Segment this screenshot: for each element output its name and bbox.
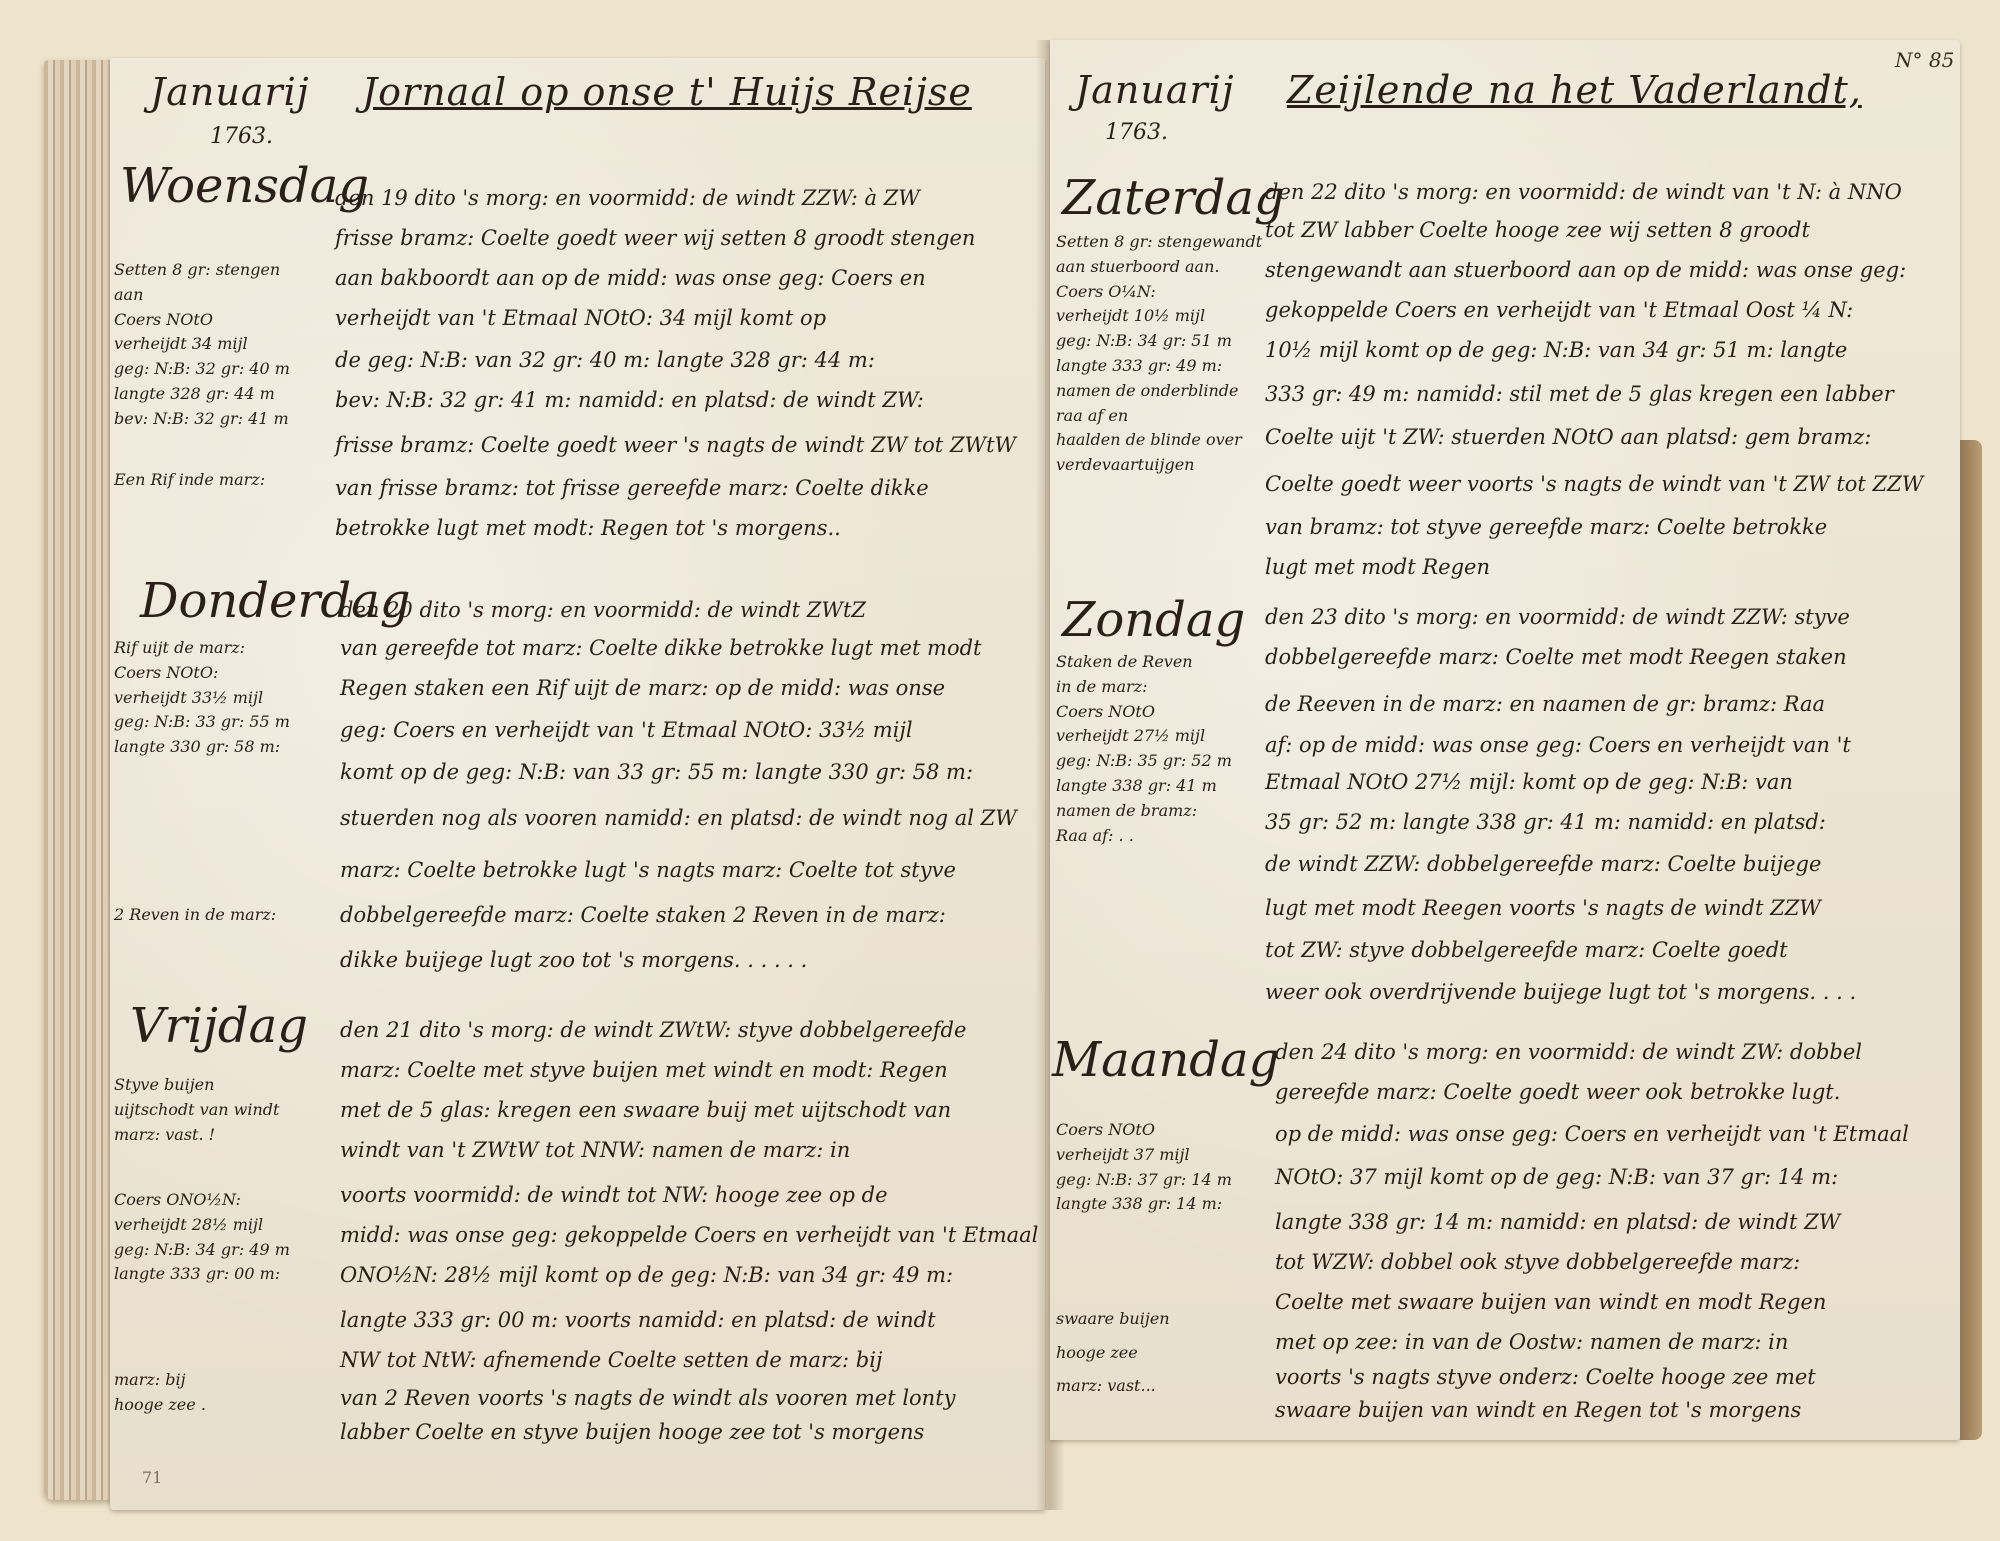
log-line: marz: Coelte betrokke lugt 's nagts marz…	[340, 858, 956, 882]
log-line: lugt met modt Regen	[1265, 555, 1490, 579]
margin-note: Coers O¼N:	[1056, 280, 1262, 305]
day-heading-zaterdag: Zaterdag	[1062, 170, 1285, 226]
margin-note: verheijdt 34 mijl	[114, 332, 290, 357]
margin-note: haalden de blinde over	[1056, 428, 1262, 453]
margin-note: swaare buijen	[1056, 1302, 1170, 1336]
log-line: stuerden nog als vooren namidd: en plats…	[340, 806, 1017, 830]
margin-note: aan	[114, 283, 290, 308]
margin-note: 2 Reven in de marz:	[114, 903, 276, 928]
log-line: windt van 't ZWtW tot NNW: namen de marz…	[340, 1138, 850, 1162]
margin-note: Styve buijen	[114, 1073, 279, 1098]
log-line: 333 gr: 49 m: namidd: stil met de 5 glas…	[1265, 382, 1894, 406]
log-line: de Reeven in de marz: en naamen de gr: b…	[1265, 692, 1825, 716]
margin-notes-donderdag: Rif uijt de marz: Coers NOtO: verheijdt …	[114, 636, 290, 760]
log-line: Coelte uijt 't ZW: stuerden NOtO aan pla…	[1265, 425, 1871, 449]
day-heading-woensdag: Woensdag	[120, 158, 369, 214]
log-line: den 24 dito 's morg: en voormidd: de win…	[1275, 1040, 1862, 1064]
margin-note: langte 330 gr: 58 m:	[114, 735, 290, 760]
log-line: gekoppelde Coers en verheijdt van 't Etm…	[1265, 298, 1853, 322]
margin-note: in de marz:	[1056, 675, 1232, 700]
log-line: lugt met modt Reegen voorts 's nagts de …	[1265, 896, 1821, 920]
log-line: dobbelgereefde marz: Coelte met modt Ree…	[1265, 645, 1847, 669]
margin-note: marz: vast. !	[114, 1123, 279, 1148]
log-line: komt op de geg: N:B: van 33 gr: 55 m: la…	[340, 760, 973, 784]
margin-note: verheijdt 37 mijl	[1056, 1143, 1232, 1168]
log-line: betrokke lugt met modt: Regen tot 's mor…	[335, 516, 841, 540]
header-year: 1763.	[210, 124, 273, 149]
log-line: midd: was onse geg: gekoppelde Coers en …	[340, 1223, 1038, 1247]
margin-note: Coers NOtO:	[114, 661, 290, 686]
log-line: NOtO: 37 mijl komt op de geg: N:B: van 3…	[1275, 1165, 1838, 1189]
log-line: frisse bramz: Coelte goedt weer 's nagts…	[335, 433, 1016, 457]
log-line: af: op de midd: was onse geg: Coers en v…	[1265, 733, 1851, 757]
log-line: voorts 's nagts styve onderz: Coelte hoo…	[1275, 1365, 1816, 1389]
margin-note: verheijdt 27½ mijl	[1056, 724, 1232, 749]
log-line: weer ook overdrijvende buijege lugt tot …	[1265, 980, 1856, 1004]
margin-notes-woensdag: Setten 8 gr: stengen aan Coers NOtO verh…	[114, 258, 290, 432]
folio-number: N° 85	[1895, 48, 1954, 72]
day-heading-zondag: Zondag	[1062, 592, 1245, 648]
torn-page-edge	[1960, 440, 1982, 1440]
log-line: langte 333 gr: 00 m: voorts namidd: en p…	[340, 1308, 936, 1332]
margin-note: geg: N:B: 34 gr: 49 m	[114, 1238, 290, 1263]
margin-notes-vrijdag: Styve buijen uijtschodt van windt marz: …	[114, 1073, 279, 1147]
log-line: gereefde marz: Coelte goedt weer ook bet…	[1275, 1080, 1840, 1104]
margin-notes-vrijdag-end: marz: bij hooge zee .	[114, 1368, 206, 1418]
right-page: Januarij Zeijlende na het Vaderlandt, 17…	[1050, 40, 1960, 1440]
margin-note: hooge zee .	[114, 1393, 206, 1418]
log-line: den 19 dito 's morg: en voormidd: de win…	[335, 186, 920, 210]
header-year: 1763.	[1105, 120, 1168, 145]
margin-note: marz: vast...	[1056, 1369, 1170, 1403]
margin-notes-maandag-end: swaare buijen hooge zee marz: vast...	[1056, 1302, 1170, 1403]
right-page-header: Januarij Zeijlende na het Vaderlandt,	[1075, 68, 1862, 112]
header-month: Januarij	[1075, 68, 1235, 112]
log-line: aan bakboordt aan op de midd: was onse g…	[335, 266, 926, 290]
log-line: met de 5 glas: kregen een swaare buij me…	[340, 1098, 951, 1122]
margin-note: geg: N:B: 37 gr: 14 m	[1056, 1168, 1232, 1193]
margin-note: namen de onderblinde	[1056, 379, 1262, 404]
margin-note: hooge zee	[1056, 1336, 1170, 1370]
log-line: voorts voormidd: de windt tot NW: hooge …	[340, 1183, 888, 1207]
log-line: NW tot NtW: afnemende Coelte setten de m…	[340, 1348, 882, 1372]
log-line: Etmaal NOtO 27½ mijl: komt op de geg: N:…	[1265, 770, 1793, 794]
margin-notes-zaterdag: Setten 8 gr: stengewandt aan stuerboord …	[1056, 230, 1262, 478]
log-line: den 22 dito 's morg: en voormidd: de win…	[1265, 180, 1902, 204]
header-title: Zeijlende na het Vaderlandt,	[1287, 68, 1862, 112]
log-line: dikke buijege lugt zoo tot 's morgens. .…	[340, 948, 807, 972]
log-line: ONO½N: 28½ mijl komt op de geg: N:B: van…	[340, 1263, 953, 1287]
margin-note: Coers ONO½N:	[114, 1188, 290, 1213]
log-line: stengewandt aan stuerboord aan op de mid…	[1265, 258, 1906, 282]
log-line: dobbelgereefde marz: Coelte staken 2 Rev…	[340, 903, 946, 927]
margin-note: Raa af: . .	[1056, 824, 1232, 849]
margin-note: bev: N:B: 32 gr: 41 m	[114, 407, 290, 432]
log-line: Coelte met swaare buijen van windt en mo…	[1275, 1290, 1826, 1314]
log-line: tot ZW: styve dobbelgereefde marz: Coelt…	[1265, 938, 1788, 962]
log-line: labber Coelte en styve buijen hooge zee …	[340, 1420, 924, 1444]
log-line: den 21 dito 's morg: de windt ZWtW: styv…	[340, 1018, 966, 1042]
margin-note: geg: N:B: 34 gr: 51 m	[1056, 329, 1262, 354]
header-title: Jornaal op onse t' Huijs Reijse	[362, 70, 972, 114]
margin-note: namen de bramz:	[1056, 799, 1232, 824]
log-line: Coelte goedt weer voorts 's nagts de win…	[1265, 472, 1923, 496]
log-line: frisse bramz: Coelte goedt weer wij sett…	[335, 226, 975, 250]
log-line: verheijdt van 't Etmaal NOtO: 34 mijl ko…	[335, 306, 826, 330]
margin-note: aan stuerboord aan.	[1056, 255, 1262, 280]
log-line: tot ZW labber Coelte hooge zee wij sette…	[1265, 218, 1810, 242]
margin-note: verdevaartuijgen	[1056, 453, 1262, 478]
margin-note: Coers NOtO	[114, 308, 290, 333]
margin-note: verheijdt 33½ mijl	[114, 686, 290, 711]
log-line: van frisse bramz: tot frisse gereefde ma…	[335, 476, 929, 500]
page-edges-stack	[44, 60, 114, 1500]
left-page: Januarij Jornaal op onse t' Huijs Reijse…	[110, 58, 1045, 1510]
log-line: met op zee: in van de Oostw: namen de ma…	[1275, 1330, 1788, 1354]
margin-note: langte 328 gr: 44 m	[114, 382, 290, 407]
margin-note: langte 338 gr: 41 m	[1056, 774, 1232, 799]
log-line: 10½ mijl komt op de geg: N:B: van 34 gr:…	[1265, 338, 1847, 362]
margin-note: Een Rif inde marz:	[114, 468, 265, 493]
log-line: geg: Coers en verheijdt van 't Etmaal NO…	[340, 718, 913, 742]
log-line: op de midd: was onse geg: Coers en verhe…	[1275, 1122, 1909, 1146]
log-line: bev: N:B: 32 gr: 41 m: namidd: en platsd…	[335, 388, 924, 412]
log-line: tot WZW: dobbel ook styve dobbelgereefde…	[1275, 1250, 1800, 1274]
margin-notes-maandag: Coers NOtO verheijdt 37 mijl geg: N:B: 3…	[1056, 1118, 1232, 1217]
log-line: van bramz: tot styve gereefde marz: Coel…	[1265, 515, 1827, 539]
log-line: marz: Coelte met styve buijen met windt …	[340, 1058, 948, 1082]
margin-note: Setten 8 gr: stengewandt	[1056, 230, 1262, 255]
log-line: den 20 dito 's morg: en voormidd: de win…	[340, 598, 866, 622]
header-month: Januarij	[150, 70, 310, 114]
margin-note: langte 338 gr: 14 m:	[1056, 1192, 1232, 1217]
margin-note: langte 333 gr: 00 m:	[114, 1262, 290, 1287]
margin-note: geg: N:B: 32 gr: 40 m	[114, 357, 290, 382]
margin-note: geg: N:B: 33 gr: 55 m	[114, 710, 290, 735]
log-line: de geg: N:B: van 32 gr: 40 m: langte 328…	[335, 348, 875, 372]
margin-note: uijtschodt van windt	[114, 1098, 279, 1123]
margin-note: Rif uijt de marz:	[114, 636, 290, 661]
day-heading-vrijdag: Vrijdag	[130, 998, 308, 1054]
log-line: de windt ZZW: dobbelgereefde marz: Coelt…	[1265, 852, 1821, 876]
margin-note: marz: bij	[114, 1368, 206, 1393]
margin-notes-vrijdag-position: Coers ONO½N: verheijdt 28½ mijl geg: N:B…	[114, 1188, 290, 1287]
log-line: swaare buijen van windt en Regen tot 's …	[1275, 1398, 1801, 1422]
day-heading-maandag: Maandag	[1052, 1032, 1279, 1088]
log-line: 35 gr: 52 m: langte 338 gr: 41 m: namidd…	[1265, 810, 1826, 834]
margin-note: raa af en	[1056, 404, 1262, 429]
log-line: Regen staken een Rif uijt de marz: op de…	[340, 676, 945, 700]
log-line: langte 338 gr: 14 m: namidd: en platsd: …	[1275, 1210, 1840, 1234]
margin-note: langte 333 gr: 49 m:	[1056, 354, 1262, 379]
margin-note: geg: N:B: 35 gr: 52 m	[1056, 749, 1232, 774]
log-line: van 2 Reven voorts 's nagts de windt als…	[340, 1386, 956, 1410]
page-number: 71	[142, 1468, 162, 1487]
margin-note: verheijdt 28½ mijl	[114, 1213, 290, 1238]
margin-notes-zondag: Staken de Reven in de marz: Coers NOtO v…	[1056, 650, 1232, 848]
log-line: van gereefde tot marz: Coelte dikke betr…	[340, 636, 982, 660]
left-page-header: Januarij Jornaal op onse t' Huijs Reijse	[150, 70, 972, 114]
margin-note: Coers NOtO	[1056, 700, 1232, 725]
margin-note: Staken de Reven	[1056, 650, 1232, 675]
margin-note: Coers NOtO	[1056, 1118, 1232, 1143]
margin-note: Setten 8 gr: stengen	[114, 258, 290, 283]
margin-note: verheijdt 10½ mijl	[1056, 304, 1262, 329]
log-line: den 23 dito 's morg: en voormidd: de win…	[1265, 605, 1850, 629]
